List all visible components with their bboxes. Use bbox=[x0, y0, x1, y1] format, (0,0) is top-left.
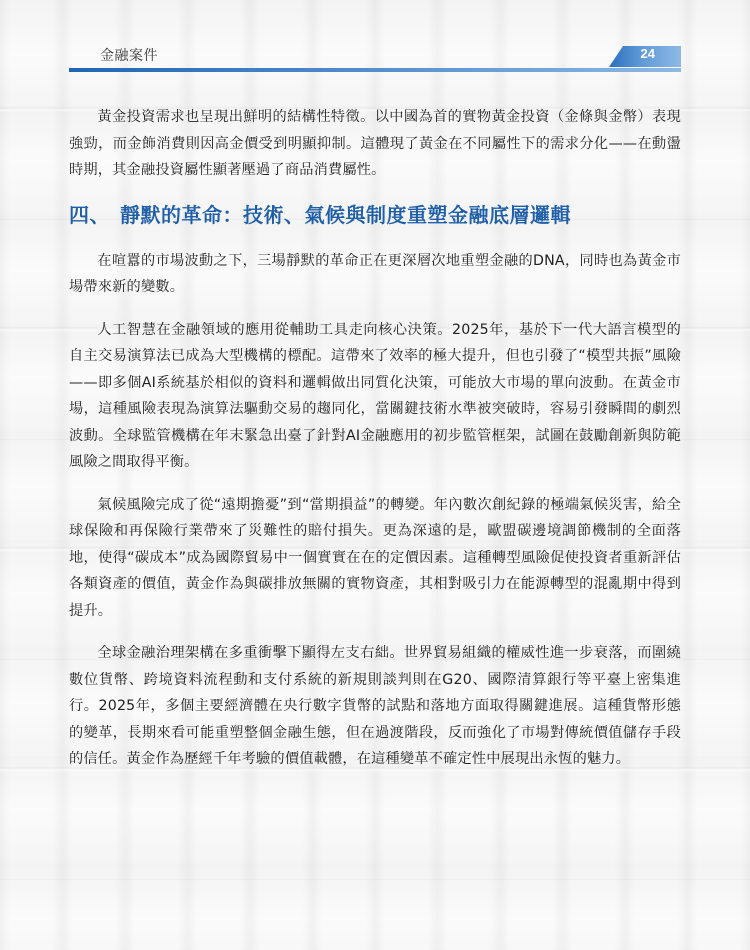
page-header: 金融案件 24 bbox=[69, 44, 681, 74]
paragraph-overview: 在喧囂的市場波動之下，三場靜默的革命正在更深層次地重塑金融的DNA，同時也為黃金… bbox=[69, 248, 681, 301]
section-title: 靜默的革命：技術、氣候與制度重塑金融底層邏輯 bbox=[120, 203, 571, 227]
section-heading: 四、靜默的革命：技術、氣候與制度重塑金融底層邏輯 bbox=[69, 200, 681, 230]
page-content: 黃金投資需求也呈現出鮮明的結構性特徵。以中國為首的實物黃金投資（金條與金幣）表現… bbox=[69, 104, 681, 789]
section-number: 四、 bbox=[69, 203, 110, 227]
header-title: 金融案件 bbox=[100, 45, 158, 65]
paragraph-ai: 人工智慧在金融領域的應用從輔助工具走向核心決策。2025年，基於下一代大語言模型… bbox=[69, 317, 681, 476]
paragraph-governance: 全球金融治理架構在多重衝擊下顯得左支右絀。世界貿易組織的權威性進一步衰落，而圍繞… bbox=[69, 640, 681, 773]
intro-paragraph: 黃金投資需求也呈現出鮮明的結構性特徵。以中國為首的實物黃金投資（金條與金幣）表現… bbox=[69, 104, 681, 184]
header-divider bbox=[69, 68, 681, 72]
page-number: 24 bbox=[641, 46, 655, 61]
document-page: 金融案件 24 黃金投資需求也呈現出鮮明的結構性特徵。以中國為首的實物黃金投資（… bbox=[0, 0, 750, 950]
paragraph-climate: 氣候風險完成了從“遠期擔憂”到“當期損益”的轉變。年內數次創紀錄的極端氣候災害，… bbox=[69, 492, 681, 625]
